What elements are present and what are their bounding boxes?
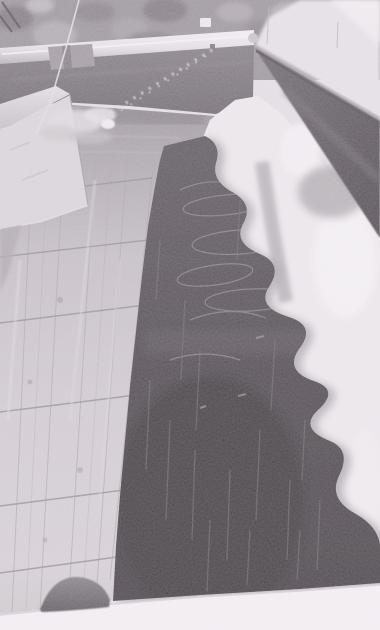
film-grain-light (0, 0, 380, 630)
soaking-tank-photo (0, 0, 380, 630)
photo-svg (0, 0, 380, 630)
